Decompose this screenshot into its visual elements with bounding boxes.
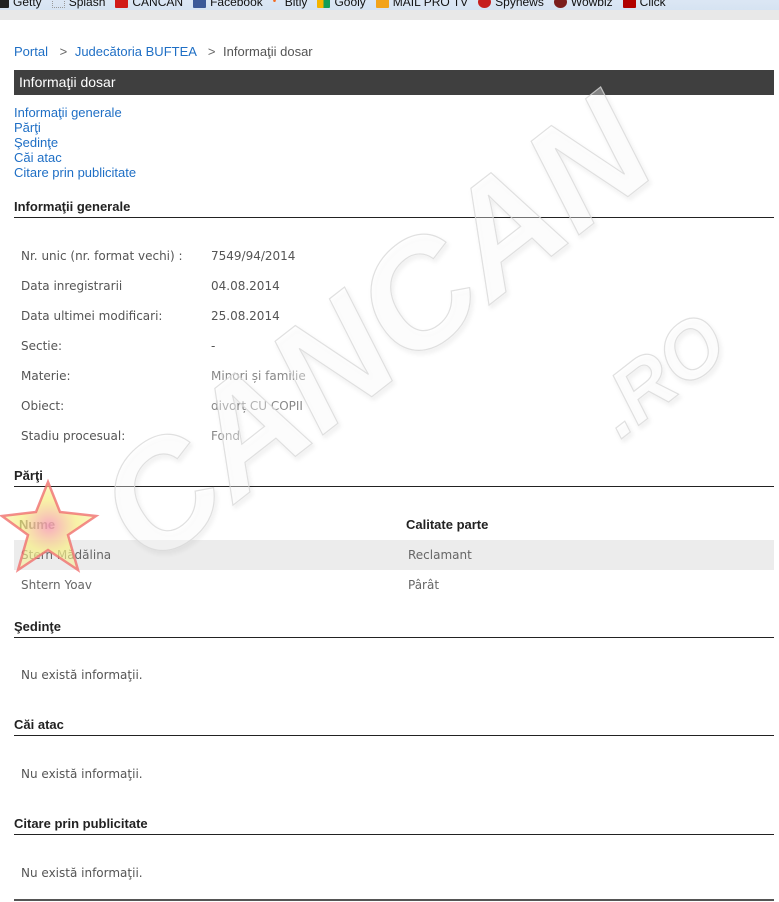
bookmark-mail-pro-tv[interactable]: MAIL PRO TV	[376, 0, 468, 9]
bitly-icon: •	[273, 0, 281, 8]
nav-link-parties[interactable]: Părţi	[14, 120, 136, 135]
bookmark-cancan[interactable]: CANCAN	[115, 0, 183, 9]
section-heading-parties: Părţi	[14, 468, 774, 487]
breadcrumb-separator: >	[208, 44, 216, 59]
party-role: Pârât	[408, 570, 439, 600]
info-value: divorț CU COPII	[211, 399, 303, 413]
breadcrumb-portal[interactable]: Portal	[14, 44, 48, 59]
click-icon	[623, 0, 636, 8]
bookmark-getty[interactable]: Getty	[0, 0, 42, 9]
table-row: Shtern Yoav Pârât	[14, 570, 774, 600]
column-header-name: Nume	[19, 517, 55, 532]
bookmark-facebook[interactable]: Facebook	[193, 0, 263, 9]
facebook-icon	[193, 0, 206, 8]
info-label: Nr. unic (nr. format vechi) :	[21, 249, 183, 263]
citation-empty-message: Nu există informaţii.	[21, 866, 143, 880]
info-value: -	[211, 339, 215, 353]
parties-table-header: Nume Calitate parte	[14, 517, 774, 537]
info-value: 25.08.2014	[211, 309, 280, 323]
breadcrumb: Portal > Judecătoria BUFTEA > Informaţii…	[14, 44, 313, 59]
section-heading-citation: Citare prin publicitate	[14, 816, 774, 835]
appeals-empty-message: Nu există informaţii.	[21, 767, 143, 781]
bookmark-splash[interactable]: Splash	[52, 0, 106, 9]
party-name: Stern Mădălina	[21, 540, 111, 570]
mail-icon	[376, 0, 389, 8]
section-heading-hearings: Şedinţe	[14, 619, 774, 638]
breadcrumb-separator: >	[60, 44, 68, 59]
info-label: Obiect:	[21, 399, 64, 413]
column-header-role: Calitate parte	[406, 517, 488, 532]
page-title: Informaţii dosar	[14, 70, 774, 95]
wowbiz-icon	[554, 0, 567, 8]
info-label: Sectie:	[21, 339, 62, 353]
watermark-text: CANCAN	[66, 61, 684, 595]
google-icon	[317, 0, 330, 8]
watermark-suffix: .RO	[576, 296, 743, 454]
party-name: Shtern Yoav	[21, 570, 92, 600]
bookmark-click[interactable]: Click	[623, 0, 666, 9]
info-label: Data inregistrarii	[21, 279, 122, 293]
bookmark-gooly[interactable]: Gooly	[317, 0, 365, 9]
info-value: 04.08.2014	[211, 279, 280, 293]
info-label: Materie:	[21, 369, 71, 383]
browser-chrome-gap	[0, 10, 779, 20]
bookmark-wowbiz[interactable]: Wowbiz	[554, 0, 613, 9]
info-label: Stadiu procesual:	[21, 429, 125, 443]
info-value: Fond	[211, 429, 240, 443]
info-value: 7549/94/2014	[211, 249, 295, 263]
dotted-box-icon	[52, 0, 65, 8]
hearings-empty-message: Nu există informaţii.	[21, 668, 143, 682]
nav-link-general[interactable]: Informaţii generale	[14, 105, 136, 120]
section-nav: Informaţii generale Părţi Şedinţe Căi at…	[14, 105, 136, 180]
footer-divider	[14, 899, 774, 901]
cancan-star-icon	[115, 0, 128, 8]
section-heading-general: Informaţii generale	[14, 199, 774, 218]
bookmark-bitly[interactable]: •Bitly	[273, 0, 308, 9]
table-row: Stern Mădălina Reclamant	[14, 540, 774, 570]
party-role: Reclamant	[408, 540, 472, 570]
info-label: Data ultimei modificari:	[21, 309, 162, 323]
nav-link-hearings[interactable]: Şedinţe	[14, 135, 136, 150]
breadcrumb-court[interactable]: Judecătoria BUFTEA	[75, 44, 196, 59]
info-value: Minori și familie	[211, 369, 306, 383]
nav-link-citation[interactable]: Citare prin publicitate	[14, 165, 136, 180]
bookmark-spynews[interactable]: Spynews	[478, 0, 544, 9]
getty-icon	[0, 0, 9, 8]
nav-link-appeals[interactable]: Căi atac	[14, 150, 136, 165]
spynews-icon	[478, 0, 491, 8]
section-heading-appeals: Căi atac	[14, 717, 774, 736]
breadcrumb-current: Informaţii dosar	[223, 44, 313, 59]
